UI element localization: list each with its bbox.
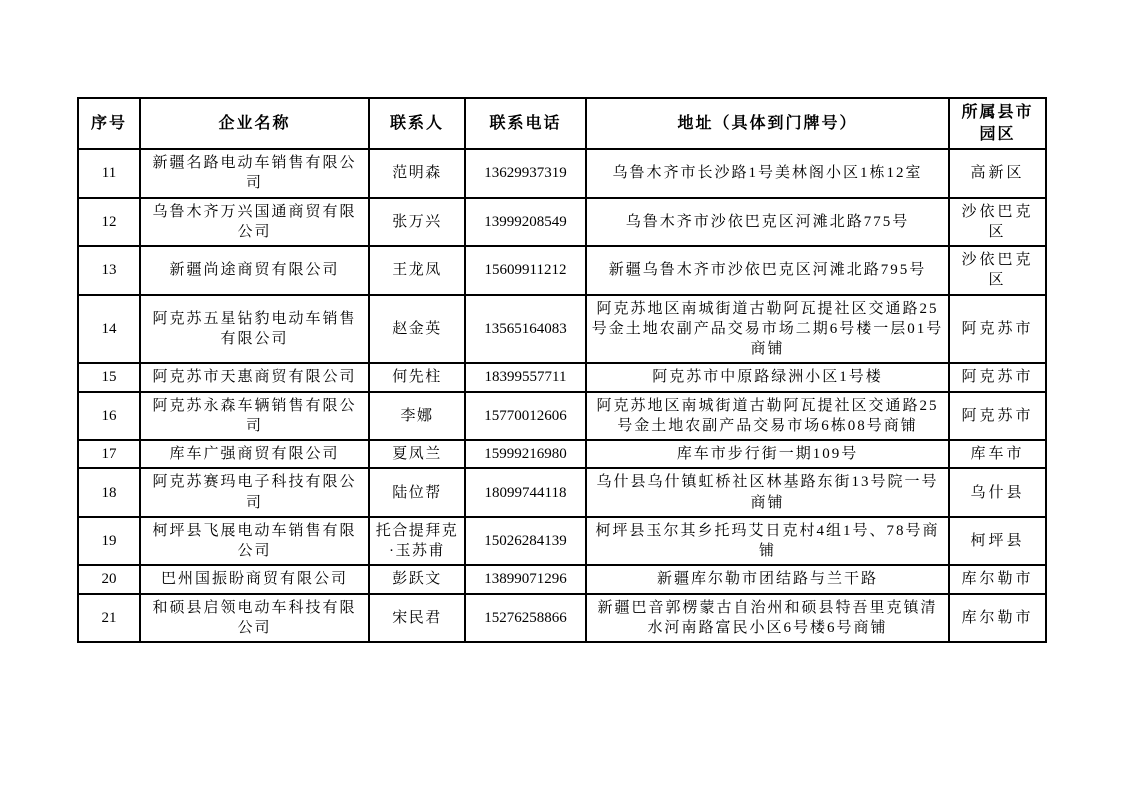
- cell-district: 阿克苏市: [949, 363, 1046, 391]
- cell-company-name: 新疆名路电动车销售有限公司: [140, 149, 369, 198]
- cell-index: 14: [78, 295, 140, 364]
- cell-contact-person: 宋民君: [369, 594, 465, 643]
- cell-contact-person: 范明森: [369, 149, 465, 198]
- table-header-row: 序号 企业名称 联系人 联系电话 地址（具体到门牌号） 所属县市园区: [78, 98, 1046, 149]
- col-header-company: 企业名称: [140, 98, 369, 149]
- cell-address: 阿克苏地区南城街道古勒阿瓦提社区交通路25号金土地农副产品交易市场二期6号楼一层…: [586, 295, 949, 364]
- cell-company-name: 阿克苏市天惠商贸有限公司: [140, 363, 369, 391]
- col-header-district: 所属县市园区: [949, 98, 1046, 149]
- cell-index: 11: [78, 149, 140, 198]
- cell-contact-person: 何先柱: [369, 363, 465, 391]
- table-row: 21 和硕县启领电动车科技有限公司 宋民君 15276258866 新疆巴音郭楞…: [78, 594, 1046, 643]
- cell-company-name: 巴州国振盼商贸有限公司: [140, 565, 369, 593]
- cell-phone: 13999208549: [465, 198, 586, 247]
- col-header-phone: 联系电话: [465, 98, 586, 149]
- cell-contact-person: 夏凤兰: [369, 440, 465, 468]
- col-header-index: 序号: [78, 98, 140, 149]
- company-roster-table: 序号 企业名称 联系人 联系电话 地址（具体到门牌号） 所属县市园区 11 新疆…: [77, 97, 1047, 643]
- cell-address: 乌鲁木齐市沙依巴克区河滩北路775号: [586, 198, 949, 247]
- cell-phone: 13899071296: [465, 565, 586, 593]
- cell-district: 阿克苏市: [949, 295, 1046, 364]
- cell-district: 乌什县: [949, 468, 1046, 517]
- cell-company-name: 新疆尚途商贸有限公司: [140, 246, 369, 295]
- col-header-address: 地址（具体到门牌号）: [586, 98, 949, 149]
- cell-phone: 15999216980: [465, 440, 586, 468]
- cell-index: 20: [78, 565, 140, 593]
- cell-index: 15: [78, 363, 140, 391]
- cell-phone: 15770012606: [465, 392, 586, 441]
- table-row: 20 巴州国振盼商贸有限公司 彭跃文 13899071296 新疆库尔勒市团结路…: [78, 565, 1046, 593]
- cell-district: 库车市: [949, 440, 1046, 468]
- cell-index: 19: [78, 517, 140, 566]
- cell-address: 新疆巴音郭楞蒙古自治州和硕县特吾里克镇清水河南路富民小区6号楼6号商铺: [586, 594, 949, 643]
- table-row: 17 库车广强商贸有限公司 夏凤兰 15999216980 库车市步行街一期10…: [78, 440, 1046, 468]
- cell-district: 沙依巴克区: [949, 246, 1046, 295]
- cell-district: 沙依巴克区: [949, 198, 1046, 247]
- cell-index: 21: [78, 594, 140, 643]
- cell-phone: 13629937319: [465, 149, 586, 198]
- table-row: 13 新疆尚途商贸有限公司 王龙凤 15609911212 新疆乌鲁木齐市沙依巴…: [78, 246, 1046, 295]
- cell-contact-person: 赵金英: [369, 295, 465, 364]
- cell-contact-person: 李娜: [369, 392, 465, 441]
- cell-phone: 13565164083: [465, 295, 586, 364]
- cell-index: 16: [78, 392, 140, 441]
- table-row: 14 阿克苏五星钻豹电动车销售有限公司 赵金英 13565164083 阿克苏地…: [78, 295, 1046, 364]
- cell-address: 乌鲁木齐市长沙路1号美林阁小区1栋12室: [586, 149, 949, 198]
- cell-contact-person: 陆位帮: [369, 468, 465, 517]
- cell-company-name: 和硕县启领电动车科技有限公司: [140, 594, 369, 643]
- cell-contact-person: 王龙凤: [369, 246, 465, 295]
- cell-address: 新疆库尔勒市团结路与兰干路: [586, 565, 949, 593]
- cell-company-name: 阿克苏赛玛电子科技有限公司: [140, 468, 369, 517]
- cell-address: 乌什县乌什镇虹桥社区林基路东街13号院一号商铺: [586, 468, 949, 517]
- cell-contact-person: 托合提拜克·玉苏甫: [369, 517, 465, 566]
- table-row: 11 新疆名路电动车销售有限公司 范明森 13629937319 乌鲁木齐市长沙…: [78, 149, 1046, 198]
- cell-district: 高新区: [949, 149, 1046, 198]
- cell-address: 阿克苏市中原路绿洲小区1号楼: [586, 363, 949, 391]
- cell-phone: 15609911212: [465, 246, 586, 295]
- document-page: 序号 企业名称 联系人 联系电话 地址（具体到门牌号） 所属县市园区 11 新疆…: [0, 0, 1122, 793]
- cell-phone: 18399557711: [465, 363, 586, 391]
- cell-contact-person: 张万兴: [369, 198, 465, 247]
- cell-index: 18: [78, 468, 140, 517]
- cell-phone: 18099744118: [465, 468, 586, 517]
- table-row: 12 乌鲁木齐万兴国通商贸有限公司 张万兴 13999208549 乌鲁木齐市沙…: [78, 198, 1046, 247]
- cell-index: 12: [78, 198, 140, 247]
- cell-address: 库车市步行街一期109号: [586, 440, 949, 468]
- cell-phone: 15276258866: [465, 594, 586, 643]
- cell-contact-person: 彭跃文: [369, 565, 465, 593]
- cell-index: 17: [78, 440, 140, 468]
- cell-address: 新疆乌鲁木齐市沙依巴克区河滩北路795号: [586, 246, 949, 295]
- cell-index: 13: [78, 246, 140, 295]
- table-row: 18 阿克苏赛玛电子科技有限公司 陆位帮 18099744118 乌什县乌什镇虹…: [78, 468, 1046, 517]
- cell-company-name: 阿克苏永森车辆销售有限公司: [140, 392, 369, 441]
- col-header-contact: 联系人: [369, 98, 465, 149]
- table-row: 16 阿克苏永森车辆销售有限公司 李娜 15770012606 阿克苏地区南城街…: [78, 392, 1046, 441]
- cell-address: 阿克苏地区南城街道古勒阿瓦提社区交通路25号金土地农副产品交易市场6栋08号商铺: [586, 392, 949, 441]
- cell-address: 柯坪县玉尔其乡托玛艾日克村4组1号、78号商铺: [586, 517, 949, 566]
- cell-district: 柯坪县: [949, 517, 1046, 566]
- cell-phone: 15026284139: [465, 517, 586, 566]
- cell-company-name: 库车广强商贸有限公司: [140, 440, 369, 468]
- cell-company-name: 柯坪县飞展电动车销售有限公司: [140, 517, 369, 566]
- cell-district: 库尔勒市: [949, 594, 1046, 643]
- table-row: 19 柯坪县飞展电动车销售有限公司 托合提拜克·玉苏甫 15026284139 …: [78, 517, 1046, 566]
- cell-district: 阿克苏市: [949, 392, 1046, 441]
- cell-company-name: 阿克苏五星钻豹电动车销售有限公司: [140, 295, 369, 364]
- cell-district: 库尔勒市: [949, 565, 1046, 593]
- table-row: 15 阿克苏市天惠商贸有限公司 何先柱 18399557711 阿克苏市中原路绿…: [78, 363, 1046, 391]
- cell-company-name: 乌鲁木齐万兴国通商贸有限公司: [140, 198, 369, 247]
